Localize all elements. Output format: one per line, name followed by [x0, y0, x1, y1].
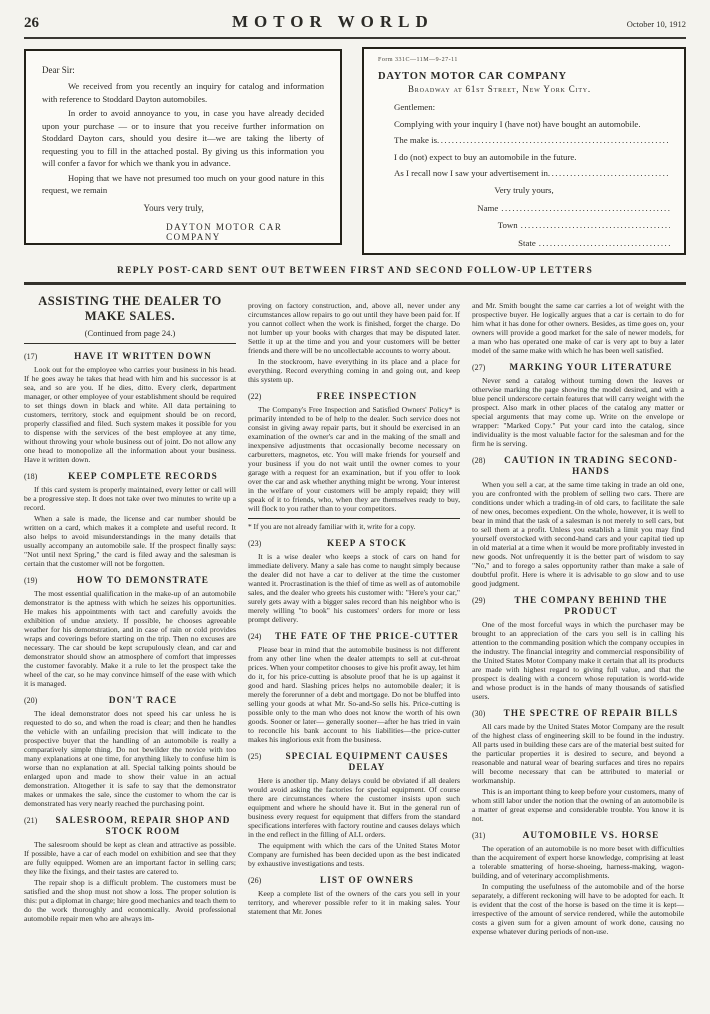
section-title: KEEP COMPLETE RECORDS	[50, 471, 236, 482]
section-number: (21)	[24, 816, 50, 825]
section-heading: (29)THE COMPANY BEHIND THE PRODUCT	[472, 595, 684, 617]
section-heading: (31)AUTOMOBILE VS. HORSE	[472, 830, 684, 841]
reply-card-field-name: Name	[378, 203, 670, 213]
dot-leader	[548, 168, 670, 178]
article-paragraph: The salesroom should be kept as clean an…	[24, 840, 236, 876]
section-number: (29)	[472, 596, 498, 605]
section-title: LIST OF OWNERS	[274, 875, 460, 886]
magazine-page: 26 MOTOR WORLD October 10, 1912 Dear Sir…	[0, 0, 710, 938]
reply-card-fields: NameTownState	[378, 203, 670, 248]
article-col-1: ASSISTING THE DEALER TO MAKE SALES. (Con…	[24, 292, 236, 938]
article-paragraph: The repair shop is a difficult problem. …	[24, 878, 236, 923]
section-title: THE SPECTRE OF REPAIR BILLS	[498, 708, 684, 719]
section-number: (20)	[24, 696, 50, 705]
section-number: (19)	[24, 576, 50, 585]
section-number: (30)	[472, 709, 498, 718]
article-paragraph: proving on factory construction, and, ab…	[248, 301, 460, 355]
reply-card-field-town: Town	[378, 220, 670, 230]
reply-card-line: I do (not) expect to buy an automobile i…	[394, 152, 670, 162]
section-heading: (24)THE FATE OF THE PRICE-CUTTER	[248, 631, 460, 642]
article-continued-note: (Continued from page 24.)	[24, 329, 236, 338]
reply-postcard: Form 331C—11M—9-27-11 DAYTON MOTOR CAR C…	[362, 47, 686, 255]
dot-leader	[437, 135, 670, 145]
postcards-row: Dear Sir: We received from you recently …	[24, 49, 686, 255]
letter-salutation: Dear Sir:	[42, 65, 324, 75]
section-heading: (25)SPECIAL EQUIPMENT CAUSES DELAY	[248, 751, 460, 773]
reply-card-line: Complying with your inquiry I (have not)…	[394, 119, 670, 129]
article-col-1-blocks: (17)HAVE IT WRITTEN DOWNLook out for the…	[24, 351, 236, 923]
article-paragraph: One of the most forceful ways in which t…	[472, 620, 684, 701]
section-number: (23)	[248, 539, 274, 548]
article-col-3: and Mr. Smith bought the same car carrie…	[472, 292, 684, 938]
dot-leader	[521, 220, 670, 230]
article-paragraph: All cars made by the United States Motor…	[472, 722, 684, 785]
section-title: SPECIAL EQUIPMENT CAUSES DELAY	[274, 751, 460, 773]
section-heading: (23)KEEP A STOCK	[248, 538, 460, 549]
article-paragraph: If this card system is properly maintain…	[24, 485, 236, 512]
section-title: THE FATE OF THE PRICE-CUTTER	[274, 631, 460, 642]
section-number: (25)	[248, 752, 274, 761]
postcard-caption: REPLY POST-CARD SENT OUT BETWEEN FIRST A…	[24, 266, 686, 276]
reply-card-field-state: State	[378, 238, 670, 248]
section-heading: (20)DON'T RACE	[24, 695, 236, 706]
article-col-2-blocks: proving on factory construction, and, ab…	[248, 301, 460, 916]
section-title: KEEP A STOCK	[274, 538, 460, 549]
reply-card-company: DAYTON MOTOR CAR COMPANY	[378, 71, 670, 82]
section-heading: (28)CAUTION IN TRADING SECOND-HANDS	[472, 455, 684, 477]
section-title: AUTOMOBILE VS. HORSE	[498, 830, 684, 841]
page-header: 26 MOTOR WORLD October 10, 1912	[24, 12, 686, 32]
footnote: * If you are not already familiar with i…	[248, 518, 460, 531]
section-title: CAUTION IN TRADING SECOND-HANDS	[498, 455, 684, 477]
letter-closing: Yours very truly,	[144, 203, 324, 213]
letter-paragraph: Hoping that we have not presumed too muc…	[42, 172, 324, 197]
article-col-2: proving on factory construction, and, ab…	[248, 292, 460, 938]
article-paragraph: Here is another tip. Many delays could b…	[248, 776, 460, 839]
section-heading: (18)KEEP COMPLETE RECORDS	[24, 471, 236, 482]
caption-rule	[24, 282, 686, 285]
section-heading: (21)SALESROOM, REPAIR SHOP AND STOCK ROO…	[24, 815, 236, 837]
article-paragraph: The Company's Free Inspection and Satisf…	[248, 405, 460, 513]
letter-signature: DAYTON MOTOR CAR COMPANY	[166, 222, 324, 242]
section-title: SALESROOM, REPAIR SHOP AND STOCK ROOM	[50, 815, 236, 837]
title-rule	[24, 343, 236, 344]
article-paragraph: It is a wise dealer who keeps a stock of…	[248, 552, 460, 624]
dot-leader	[501, 203, 670, 213]
page-number: 26	[24, 15, 39, 32]
article: ASSISTING THE DEALER TO MAKE SALES. (Con…	[24, 292, 686, 938]
section-number: (27)	[472, 363, 498, 372]
section-heading: (30)THE SPECTRE OF REPAIR BILLS	[472, 708, 684, 719]
letter-paragraph: We received from you recently an inquiry…	[42, 80, 324, 105]
section-number: (17)	[24, 352, 50, 361]
article-paragraph: When a sale is made, the license and car…	[24, 514, 236, 568]
dot-leader	[539, 238, 670, 248]
section-number: (26)	[248, 876, 274, 885]
article-paragraph: In the stockroom, have everything in its…	[248, 357, 460, 384]
reply-card-lines: Complying with your inquiry I (have not)…	[378, 119, 670, 179]
article-paragraph: In computing the usefulness of the autom…	[472, 882, 684, 936]
section-title: MARKING YOUR LITERATURE	[498, 362, 684, 373]
section-number: (18)	[24, 472, 50, 481]
article-title: ASSISTING THE DEALER TO MAKE SALES.	[24, 294, 236, 324]
reply-card-line: The make is	[394, 135, 670, 145]
issue-date: October 10, 1912	[627, 19, 686, 29]
article-paragraph: When you sell a car, at the same time ta…	[472, 480, 684, 588]
section-title: DON'T RACE	[50, 695, 236, 706]
section-title: THE COMPANY BEHIND THE PRODUCT	[498, 595, 684, 617]
article-paragraph: The most essential qualification in the …	[24, 589, 236, 688]
letter-body: We received from you recently an inquiry…	[42, 80, 324, 197]
reply-card-line: As I recall now I saw your advertisement…	[394, 168, 670, 178]
section-heading: (17)HAVE IT WRITTEN DOWN	[24, 351, 236, 362]
reply-card-form-number: Form 331C—11M—9-27-11	[378, 57, 670, 63]
article-paragraph: This is an important thing to keep befor…	[472, 787, 684, 823]
section-heading: (22)FREE INSPECTION	[248, 391, 460, 402]
section-heading: (27)MARKING YOUR LITERATURE	[472, 362, 684, 373]
article-paragraph: The ideal demonstrator does not speed hi…	[24, 709, 236, 808]
section-heading: (26)LIST OF OWNERS	[248, 875, 460, 886]
masthead-title: MOTOR WORLD	[232, 12, 434, 32]
section-title: HAVE IT WRITTEN DOWN	[50, 351, 236, 362]
article-paragraph: Keep a complete list of the owners of th…	[248, 889, 460, 916]
article-paragraph: The operation of an automobile is no mor…	[472, 844, 684, 880]
section-number: (31)	[472, 831, 498, 840]
section-number: (22)	[248, 392, 274, 401]
section-number: (28)	[472, 456, 498, 465]
article-paragraph: Look out for the employee who carries yo…	[24, 365, 236, 464]
reply-card-salutation: Gentlemen:	[394, 102, 670, 112]
letter-paragraph: In order to avoid annoyance to you, in c…	[42, 107, 324, 170]
section-title: FREE INSPECTION	[274, 391, 460, 402]
followup-letter-card: Dear Sir: We received from you recently …	[24, 49, 342, 245]
article-paragraph: Please bear in mind that the automobile …	[248, 645, 460, 744]
header-rule	[24, 37, 686, 39]
reply-card-address: Broadway at 61st Street, New York City.	[408, 84, 670, 94]
article-paragraph: and Mr. Smith bought the same car carrie…	[472, 301, 684, 355]
section-title: HOW TO DEMONSTRATE	[50, 575, 236, 586]
section-heading: (19)HOW TO DEMONSTRATE	[24, 575, 236, 586]
article-paragraph: The equipment with which the cars of the…	[248, 841, 460, 868]
article-col-3-blocks: and Mr. Smith bought the same car carrie…	[472, 301, 684, 936]
article-paragraph: Never send a catalog without turning dow…	[472, 376, 684, 448]
reply-card-closing: Very truly yours,	[378, 185, 670, 195]
section-number: (24)	[248, 632, 274, 641]
